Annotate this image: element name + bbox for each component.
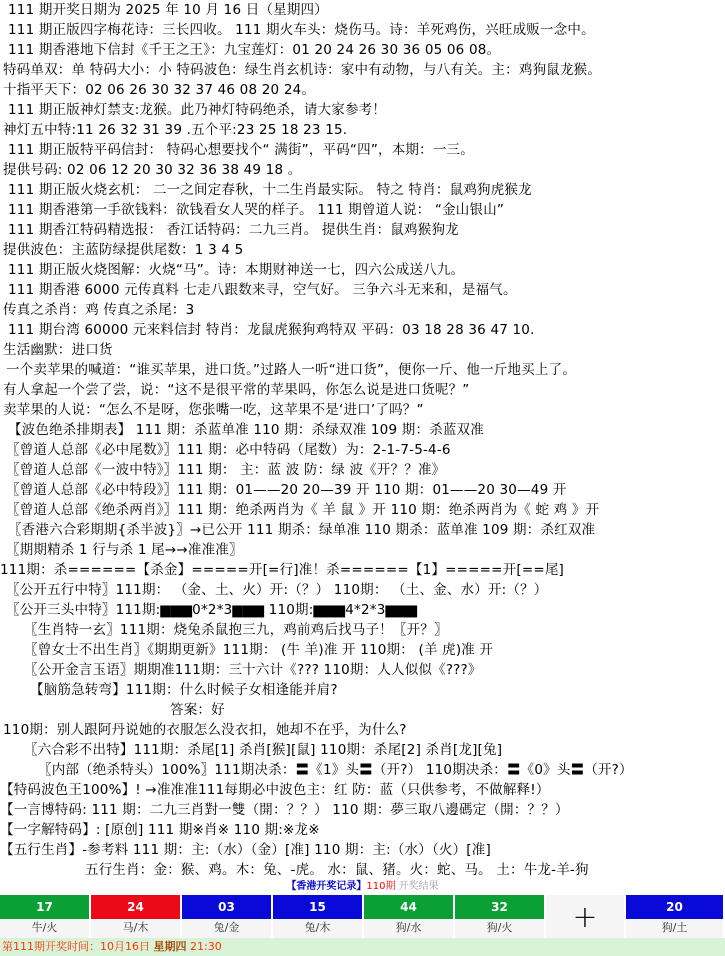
next-draw-footer: 第111期开奖时间：10月16日 星期四 21:30 bbox=[0, 938, 725, 956]
text-line: 【一言博特码: 111 期：二九三肖對一雙（開：？？） 110 期：夢三取八邊碼… bbox=[0, 800, 725, 820]
text-line: 【五行生肖】-参考料 111 期：主:（水）（金）[准] 110 期：主:（水）… bbox=[0, 840, 725, 860]
text-line: 111 期正版四字梅花诗：三长四收。 111 期火车头：烧伤马。诗：羊死鸡伤，兴… bbox=[0, 20, 725, 40]
text-line: 111 期正版火烧图解：火烧“马”。诗：本期财神送一七，四六公成送八九。 bbox=[0, 260, 725, 280]
text-line: 110期：别人跟阿丹说她的衣服怎么没衣扣，她却不在乎，为什么? bbox=[0, 720, 725, 740]
text-line: 【一字解特码】: [原创] 111 期※肖※ 110 期:※龙※ bbox=[0, 820, 725, 840]
text-line: 〖公开金言玉语〗期期准111期：三十六计《??? 110期：人人似似《???》 bbox=[0, 660, 725, 680]
ball-number: 17 bbox=[0, 895, 89, 919]
text-line: 111 期香港地下信封《千王之王》：九宝莲灯：01 20 24 26 30 36… bbox=[0, 40, 725, 60]
ball-zodiac-element-label: 马/木 bbox=[91, 919, 180, 939]
text-line: 生活幽默：进口货 bbox=[0, 340, 725, 360]
text-line: 〖曾道人总部《必中尾数》〗111 期：必中特码（尾数）为：2-1-7-5-4-6 bbox=[0, 440, 725, 460]
text-line: 〖生肖特一玄〗111期：烧兔杀鼠抱三九，鸡前鸡后找马子！〖开？〗 bbox=[0, 620, 725, 640]
ball-zodiac-element-label: 兔/金 bbox=[182, 919, 271, 939]
text-line: 〖公开五行中特〗111期： （金、土、火）开:（？） 110期： （土、金、水）… bbox=[0, 580, 725, 600]
result-ball: 03兔/金 bbox=[182, 895, 271, 939]
text-line: 〖期期精杀 1 行与杀 1 尾→→准准准〗 bbox=[0, 540, 725, 560]
ball-zodiac-element-label: 兔/木 bbox=[273, 919, 362, 939]
text-line: 提供波色：主蓝防绿提供尾数：1 3 4 5 bbox=[0, 240, 725, 260]
result-ball: 24马/木 bbox=[91, 895, 180, 939]
result-ball: 17牛/火 bbox=[0, 895, 89, 939]
ball-zodiac-element-label: 狗/土 bbox=[626, 919, 723, 939]
ball-number: 03 bbox=[182, 895, 271, 919]
text-line: 神灯五中特:11 26 32 31 39 .五个平:23 25 18 23 15… bbox=[0, 120, 725, 140]
text-line: 111 期开奖日期为 2025 年 10 月 16 日（星期四） bbox=[0, 0, 725, 20]
result-ball: 32狗/火 bbox=[455, 895, 544, 939]
text-line: 111 期香港 6000 元传真料 七走八跟数来寻，空气好。 三争六斗无来和，是… bbox=[0, 280, 725, 300]
ball-number: 24 bbox=[91, 895, 180, 919]
ball-zodiac-element-label: 狗/火 bbox=[455, 919, 544, 939]
text-line: 十指平天下：02 06 26 30 32 37 46 08 20 24。 bbox=[0, 80, 725, 100]
special-result-ball: 20狗/土 bbox=[626, 895, 723, 939]
ball-zodiac-element-label: 牛/火 bbox=[0, 919, 89, 939]
text-line: 111 期正版特平码信封： 特码心想要找个“ 满街”，平码“四”，本期：一三。 bbox=[0, 140, 725, 160]
text-line: 五行生肖：金：猴、鸡。木：兔、-虎。 水：鼠、猪。火：蛇、马。 土：牛龙-羊-狗 bbox=[0, 860, 725, 880]
text-line: 【特码波色王100%】! →准准准111每期必中波色主：红 防：蓝（只供参考，不… bbox=[0, 780, 725, 800]
content-lines: 111 期开奖日期为 2025 年 10 月 16 日（星期四）111 期正版四… bbox=[0, 0, 725, 880]
records-header: 【香港开奖记录】110期 开奖结果 bbox=[0, 879, 725, 895]
text-line: 〖香港六合彩期期{杀半波}〗→已公开 111 期杀：绿单准 110 期杀：蓝单准… bbox=[0, 520, 725, 540]
footer-date: 10月16日 bbox=[100, 940, 150, 953]
records-source-label[interactable]: 【香港开奖记录】 bbox=[286, 881, 366, 892]
ball-number: 44 bbox=[364, 895, 453, 919]
text-line: 提供号码: 02 06 12 20 30 32 36 38 49 18 。 bbox=[0, 160, 725, 180]
ball-number: 15 bbox=[273, 895, 362, 919]
result-ball: 44狗/水 bbox=[364, 895, 453, 939]
records-issue: 110期 bbox=[366, 881, 395, 892]
text-line: 〖六合彩不出特】111期：杀尾[1] 杀肖[猴][鼠] 110期：杀尾[2] 杀… bbox=[0, 740, 725, 760]
footer-time: 21:30 bbox=[190, 940, 222, 953]
text-line: 〖曾女士不出生肖〗《期期更新》111期： (牛 羊)准 开 110期： (羊 虎… bbox=[0, 640, 725, 660]
text-line: 特码单双：单 特码大小：小 特码波色：绿生肖玄机诗：家中有动物，与八有关。主：鸡… bbox=[0, 60, 725, 80]
text-line: 〖曾道人总部《一波中特》〗111 期： 主：蓝 波 防：绿 波《开？？准》 bbox=[0, 460, 725, 480]
tip-sheet-document: 111 期开奖日期为 2025 年 10 月 16 日（星期四）111 期正版四… bbox=[0, 0, 725, 880]
text-line: 〖曾道人总部《绝杀两肖》〗111 期：绝杀两肖为《 羊 鼠 》开 110 期：绝… bbox=[0, 500, 725, 520]
text-line: 【波色绝杀排期表】 111 期：杀蓝单准 110 期：杀绿双准 109 期：杀蓝… bbox=[0, 420, 725, 440]
text-line: 一个卖苹果的喊道：“谁买苹果，进口货。”过路人一听“进口货”，便你一斤、他一斤地… bbox=[0, 360, 725, 380]
text-line: 111期：杀======【杀金】=====开[=行]准！杀======【1】==… bbox=[0, 560, 725, 580]
ball-number: 20 bbox=[626, 895, 723, 919]
text-line: 〖内部（绝杀特头）100%〗111期决杀：〓《1》头〓（开?） 110期决杀：〓… bbox=[0, 760, 725, 780]
records-suffix: 开奖结果 bbox=[399, 881, 439, 892]
text-line: 有人拿起一个尝了尝，说：“这不是很平常的苹果吗，你怎么说是进口货呢？” bbox=[0, 380, 725, 400]
text-line: 111 期台湾 60000 元来料信封 特肖：龙鼠虎猴狗鸡特双 平码：03 18… bbox=[0, 320, 725, 340]
ball-number: 32 bbox=[455, 895, 544, 919]
text-line: 答案：好 bbox=[0, 700, 725, 720]
text-line: 111 期香港第一手欲钱料：欲钱看女人哭的样子。 111 期曾道人说： “金山银… bbox=[0, 200, 725, 220]
text-line: 〖曾道人总部《必中特段》〗111 期：01——20 20—39 开 110 期：… bbox=[0, 480, 725, 500]
result-ball: 15兔/木 bbox=[273, 895, 362, 939]
text-line: 111 期正版神灯禁支:龙猴。此乃神灯特码绝杀，请大家参考！ bbox=[0, 100, 725, 120]
text-line: 传真之杀肖：鸡 传真之杀尾：3 bbox=[0, 300, 725, 320]
plus-separator: + bbox=[546, 895, 624, 939]
draw-results-row: 17牛/火24马/木03兔/金15兔/木44狗/水32狗/火+20狗/土 bbox=[0, 895, 725, 939]
text-line: 111 期香江特码精选报： 香江话特码：二九三肖。 提供生肖：鼠鸡猴狗龙 bbox=[0, 220, 725, 240]
ball-zodiac-element-label: 狗/水 bbox=[364, 919, 453, 939]
text-line: 111 期正版火烧玄机： 二一之间定春秋，十二生肖最实际。 特之 特肖：鼠鸡狗虎… bbox=[0, 180, 725, 200]
text-line: 【脑筋急转弯】111期：什么时候子女相逢能并肩? bbox=[0, 680, 725, 700]
text-line: 卖苹果的人说：“怎么不是呀，您张嘴一吃，这苹果不是‘进口’了吗？” bbox=[0, 400, 725, 420]
footer-weekday: 星期四 bbox=[154, 940, 187, 953]
footer-prefix: 第111期开奖时间： bbox=[2, 940, 100, 953]
text-line: 〖公开三头中特〗111期:▆▆▆0*2*3▆▆▆ 110期:▆▆▆4*2*3▆▆… bbox=[0, 600, 725, 620]
